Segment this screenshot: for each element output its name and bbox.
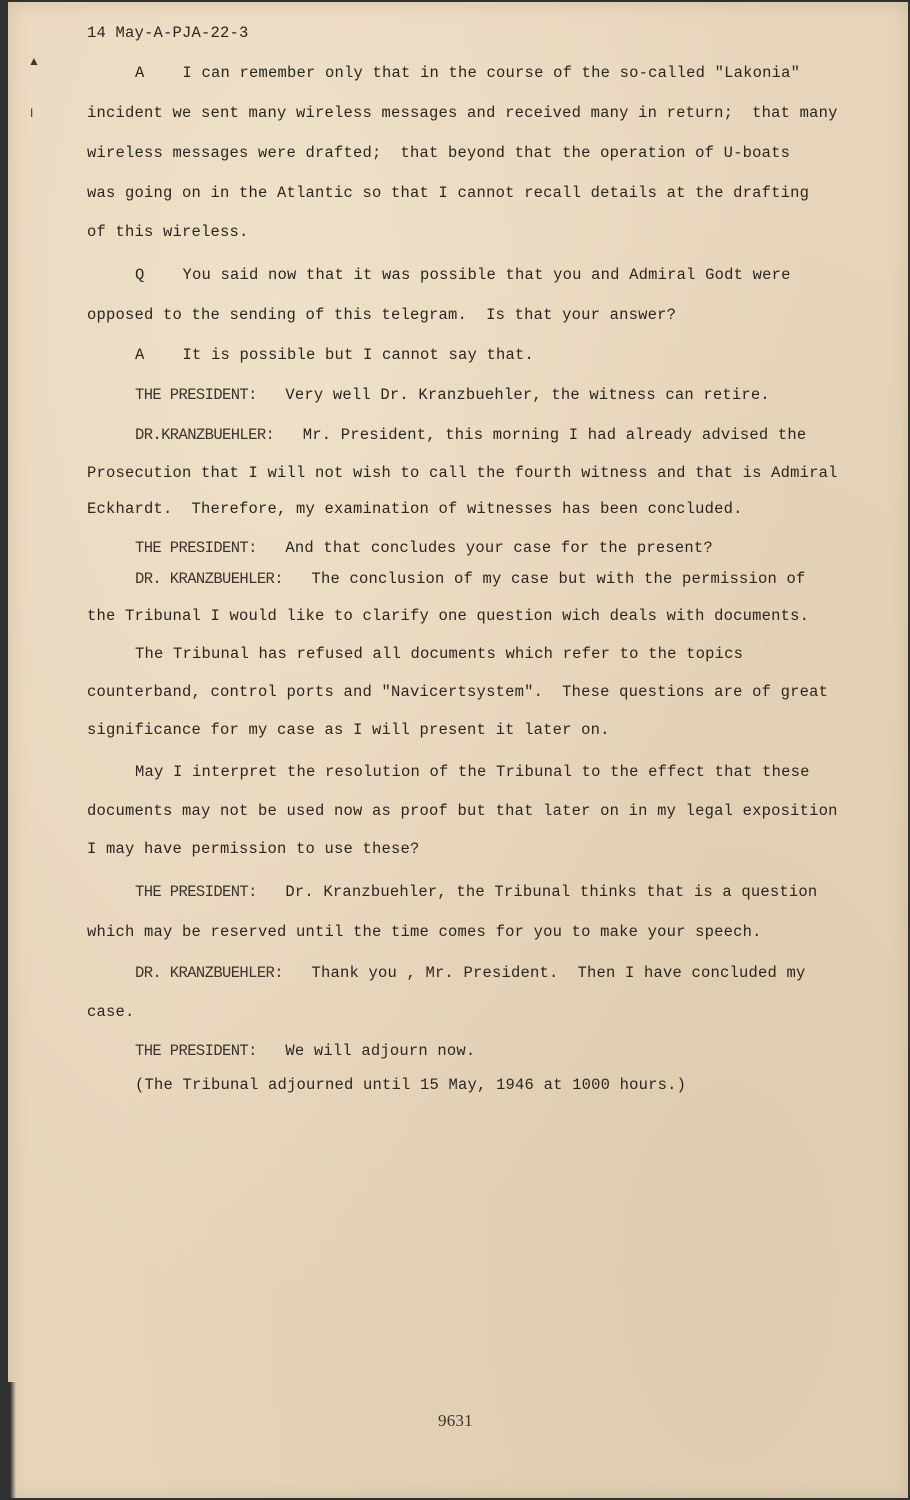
text-line: wireless messages were drafted; that bey…: [87, 146, 790, 162]
text-line: of this wireless.: [87, 225, 249, 241]
text-line: Eckhardt. Therefore, my examination of w…: [87, 502, 743, 518]
dialogue-line: DR.KRANZBUEHLER: Mr. President, this mor…: [135, 428, 806, 444]
text-line: documents may not be used now as proof b…: [87, 804, 838, 820]
margin-mark-tick: I: [30, 106, 33, 120]
text-line: was going on in the Atlantic so that I c…: [87, 186, 809, 202]
text-line: which may be reserved until the time com…: [87, 925, 762, 941]
dialogue-line: DR. KRANZBUEHLER: Thank you , Mr. Presid…: [135, 966, 806, 982]
text-line: Prosecution that I will not wish to call…: [87, 466, 838, 482]
speaker-label: DR. KRANZBUEHLER:: [135, 570, 283, 588]
dialogue-line: THE PRESIDENT: Very well Dr. Kranzbuehle…: [135, 388, 770, 404]
dialogue-text: And that concludes your case for the pre…: [285, 539, 713, 557]
text-line: Q You said now that it was possible that…: [135, 268, 791, 284]
dialogue-text: Mr. President, this morning I had alread…: [303, 426, 807, 444]
text-line: May I interpret the resolution of the Tr…: [135, 765, 810, 781]
dialogue-line: THE PRESIDENT: And that concludes your c…: [135, 541, 713, 557]
dialogue-text: We will adjourn now.: [285, 1042, 475, 1060]
scanned-document: ▲ I 14 May-A-PJA-22-3 A I can remember o…: [0, 0, 910, 1500]
dialogue-line: THE PRESIDENT: Dr. Kranzbuehler, the Tri…: [135, 885, 817, 901]
dialogue-text: Very well Dr. Kranzbuehler, the witness …: [285, 386, 770, 404]
text-line: (The Tribunal adjourned until 15 May, 19…: [135, 1078, 686, 1094]
text-line: the Tribunal I would like to clarify one…: [87, 609, 809, 625]
margin-mark-arrow: ▲: [28, 54, 40, 68]
dialogue-line: DR. KRANZBUEHLER: The conclusion of my c…: [135, 572, 806, 588]
typewritten-page: ▲ I 14 May-A-PJA-22-3 A I can remember o…: [8, 2, 908, 1498]
speaker-label: DR.KRANZBUEHLER:: [135, 426, 274, 444]
document-header: 14 May-A-PJA-22-3: [87, 26, 249, 42]
text-line: incident we sent many wireless messages …: [87, 106, 838, 122]
text-line: The Tribunal has refused all documents w…: [135, 647, 743, 663]
dialogue-text: Thank you , Mr. President. Then I have c…: [311, 964, 805, 982]
dialogue-text: The conclusion of my case but with the p…: [311, 570, 805, 588]
text-line: A I can remember only that in the course…: [135, 66, 800, 82]
speaker-label: THE PRESIDENT:: [135, 883, 257, 901]
text-line: A It is possible but I cannot say that.: [135, 348, 534, 364]
speaker-label: THE PRESIDENT:: [135, 539, 257, 557]
dialogue-text: Dr. Kranzbuehler, the Tribunal thinks th…: [285, 883, 817, 901]
speaker-label: DR. KRANZBUEHLER:: [135, 964, 283, 982]
text-line: opposed to the sending of this telegram.…: [87, 308, 676, 324]
text-line: case.: [87, 1005, 135, 1021]
speaker-label: THE PRESIDENT:: [135, 386, 257, 404]
text-line: I may have permission to use these?: [87, 842, 420, 858]
text-line: counterband, control ports and "Navicert…: [87, 685, 828, 701]
dialogue-line: THE PRESIDENT: We will adjourn now.: [135, 1044, 475, 1060]
speaker-label: THE PRESIDENT:: [135, 1042, 257, 1060]
text-line: significance for my case as I will prese…: [87, 723, 610, 739]
page-number: 9631: [438, 1412, 473, 1429]
